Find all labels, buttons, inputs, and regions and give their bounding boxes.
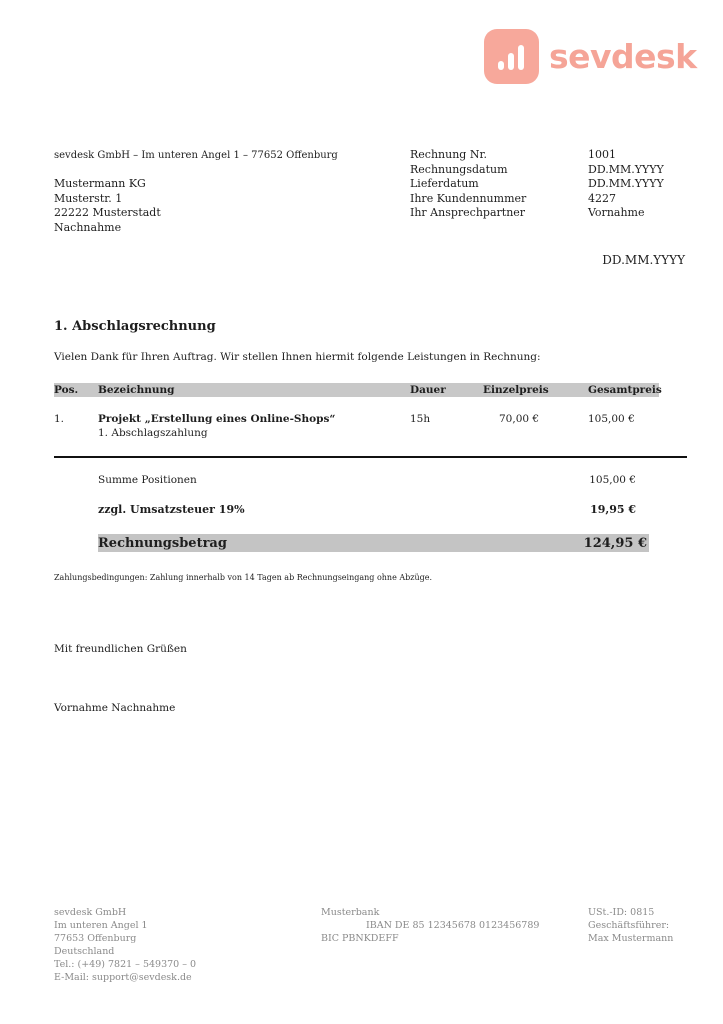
tax-value: 19,95 € <box>590 503 636 516</box>
subtotal-label: Summe Positionen <box>98 474 197 486</box>
footer-bank-name: Musterbank <box>321 906 539 919</box>
sender-address-line: sevdesk GmbH – Im unteren Angel 1 – 7765… <box>54 150 338 161</box>
footer-legal: USt.-ID: 0815 Geschäftsführer: Max Muste… <box>588 906 673 945</box>
footer-company-name: sevdesk GmbH <box>54 906 196 919</box>
footer-street: Im unteren Angel 1 <box>54 919 196 932</box>
meta-label: Rechnung Nr. <box>410 148 526 163</box>
sevdesk-logo: sevdesk <box>484 29 697 84</box>
row-total: 105,00 € <box>588 412 635 426</box>
payment-terms: Zahlungsbedingungen: Zahlung innerhalb v… <box>54 573 432 582</box>
footer-ceo-name: Max Mustermann <box>588 932 673 945</box>
footer-iban: IBAN DE 85 12345678 0123456789 <box>321 919 539 932</box>
footer-company: sevdesk GmbH Im unteren Angel 1 77653 Of… <box>54 906 196 984</box>
signature-name: Vornahme Nachnahme <box>54 702 175 714</box>
row-description-main: Projekt „Erstellung eines Online-Shops“ <box>98 412 335 426</box>
header-duration: Dauer <box>410 383 446 397</box>
footer-email: E-Mail: support@sevdesk.de <box>54 971 196 984</box>
meta-label: Lieferdatum <box>410 177 526 192</box>
footer-ceo-label: Geschäftsführer: <box>588 919 673 932</box>
footer-phone: Tel.: (+49) 7821 – 549370 – 0 <box>54 958 196 971</box>
brand-name: sevdesk <box>549 37 697 76</box>
meta-label: Ihr Ansprechpartner <box>410 206 526 221</box>
closing-greeting: Mit freundlichen Grüßen <box>54 643 187 655</box>
invoice-number: 1001 <box>588 148 664 163</box>
table-divider <box>54 456 687 458</box>
invoice-meta-labels: Rechnung Nr. Rechnungsdatum Lieferdatum … <box>410 148 526 221</box>
tax-row: zzgl. Umsatzsteuer 19% 19,95 € <box>98 503 649 516</box>
recipient-address: Mustermann KG Musterstr. 1 22222 Musters… <box>54 177 161 235</box>
subtotal-value: 105,00 € <box>589 474 636 486</box>
bar-chart-icon <box>484 29 539 84</box>
total-value: 124,95 € <box>584 534 647 553</box>
table-header: Pos. Bezeichnung Dauer Einzelpreis Gesam… <box>54 383 659 397</box>
table-row: 1. Projekt „Erstellung eines Online-Shop… <box>54 412 659 442</box>
footer-bic: BIC PBNKDEFF <box>321 932 539 945</box>
header-pos: Pos. <box>54 383 78 397</box>
footer-city: 77653 Offenburg <box>54 932 196 945</box>
invoice-date: DD.MM.YYYY <box>588 163 664 178</box>
recipient-name: Nachnahme <box>54 221 161 236</box>
row-unit-price: 70,00 € <box>499 412 539 426</box>
delivery-date: DD.MM.YYYY <box>588 177 664 192</box>
total-row: Rechnungsbetrag 124,95 € <box>98 534 649 552</box>
intro-text: Vielen Dank für Ihren Auftrag. Wir stell… <box>54 351 541 363</box>
recipient-company: Mustermann KG <box>54 177 161 192</box>
customer-number: 4227 <box>588 192 664 207</box>
invoice-meta-values: 1001 DD.MM.YYYY DD.MM.YYYY 4227 Vornahme <box>588 148 664 221</box>
meta-label: Rechnungsdatum <box>410 163 526 178</box>
meta-label: Ihre Kundennummer <box>410 192 526 207</box>
row-pos: 1. <box>54 412 64 426</box>
tax-label: zzgl. Umsatzsteuer 19% <box>98 503 245 516</box>
footer-bank: Musterbank IBAN DE 85 12345678 012345678… <box>321 906 539 945</box>
row-duration: 15h <box>410 412 430 426</box>
document-date: DD.MM.YYYY <box>602 253 685 267</box>
header-unit-price: Einzelpreis <box>483 383 549 397</box>
contact-person: Vornahme <box>588 206 664 221</box>
footer-country: Deutschland <box>54 945 196 958</box>
row-description-sub: 1. Abschlagszahlung <box>98 426 335 440</box>
recipient-street: Musterstr. 1 <box>54 192 161 207</box>
invoice-title: 1. Abschlagsrechnung <box>54 319 216 334</box>
footer-vat-id: USt.-ID: 0815 <box>588 906 673 919</box>
total-label: Rechnungsbetrag <box>98 536 227 551</box>
subtotal-row: Summe Positionen 105,00 € <box>98 474 649 486</box>
header-total: Gesamtpreis <box>588 383 662 397</box>
recipient-city: 22222 Musterstadt <box>54 206 161 221</box>
header-description: Bezeichnung <box>98 383 174 397</box>
row-description: Projekt „Erstellung eines Online-Shops“ … <box>98 412 335 440</box>
